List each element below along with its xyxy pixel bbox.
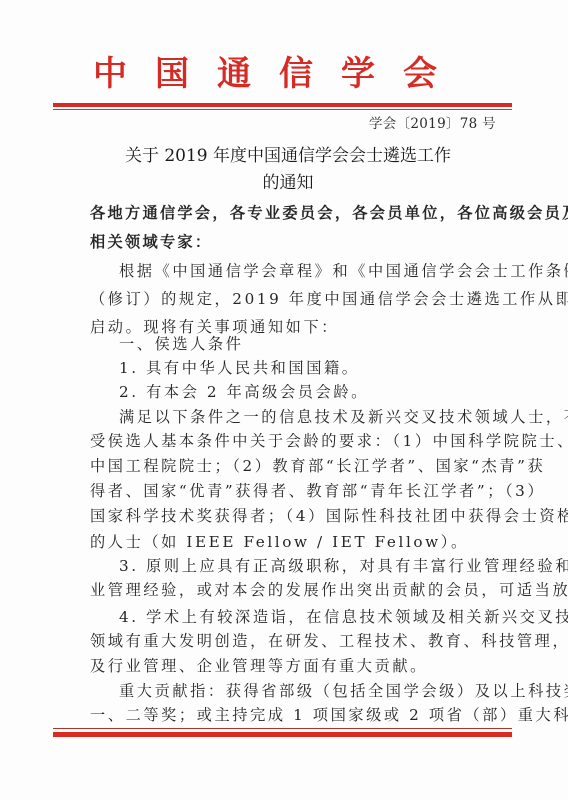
list-item: 2. 有本会 2 年高级会员会龄。 [119,382,519,402]
document-reference-number: 学会〔2019〕78 号 [369,114,489,134]
paragraph-line: 的人士（如 IEEE Fellow / IET Fellow）。 [90,532,490,552]
paragraph-line: 重大贡献指：获得省部级（包括全国学会级）及以上科技奖 [119,681,519,701]
footer-rule-thin [53,728,512,729]
paragraph-line: 领域有重大发明创造，在研发、工程技术、教育、科技管理，以 [90,631,490,651]
list-item: 1. 具有中华人民共和国国籍。 [119,358,519,378]
letterhead-char: 通 [214,52,254,96]
document-title-line-2: 的通知 [4,171,568,195]
document-page: 中 国 通 信 学 会 学会〔2019〕78 号 关于 2019 年度中国通信学… [0,0,568,800]
header-rule-thin [53,109,512,110]
footer-rule-thick [53,732,512,737]
header-rule-thick [53,103,512,107]
paragraph-line: 受侯选人基本条件中关于会龄的要求：（1）中国科学院院士、 [90,431,490,451]
paragraph-line: （修订）的规定，2019 年度中国通信学会会士遴选工作从即日 [90,289,490,309]
paragraph-line: 一、二等奖；或主持完成 1 项国家级或 2 项省（部）重大科技项 [90,705,490,725]
list-item: 3. 原则上应具有正高级职称，对具有丰富行业管理经验和企 [119,556,519,576]
letterhead-char: 国 [152,52,192,96]
addressee-line: 相关领域专家： [90,232,490,252]
paragraph-line: 满足以下条件之一的信息技术及新兴交叉技术领域人士，不 [119,407,519,427]
paragraph-line: 及行业管理、企业管理等方面有重大贡献。 [90,656,490,676]
section-heading: 一、侯选人条件 [119,334,519,354]
list-item: 4. 学术上有较深造诣，在信息技术领域及相关新兴交叉技术 [119,607,519,627]
letterhead-char: 学 [338,52,378,96]
paragraph-line: 国家科学技术奖获得者；（4）国际性科技社团中获得会士资格 [90,506,490,526]
org-letterhead: 中 国 通 信 学 会 [90,52,440,96]
addressee-line: 各地方通信学会，各专业委员会，各会员单位，各位高级会员及 [90,203,490,223]
letterhead-char: 中 [90,52,130,96]
paragraph-line: 得者、国家“优青”获得者、教育部“青年长江学者”；（3） [90,481,490,501]
paragraph-line: 根据《中国通信学会章程》和《中国通信学会会士工作条例》 [119,261,519,281]
document-title-line-1: 关于 2019 年度中国通信学会会士遴选工作 [4,144,568,168]
paragraph-line: 业管理经验，或对本会的发展作出突出贡献的会员，可适当放宽。 [90,580,490,600]
letterhead-char: 会 [400,52,440,96]
paragraph-line: 中国工程院院士；（2）教育部“长江学者”、国家“杰青”获 [90,456,490,476]
letterhead-char: 信 [276,52,316,96]
